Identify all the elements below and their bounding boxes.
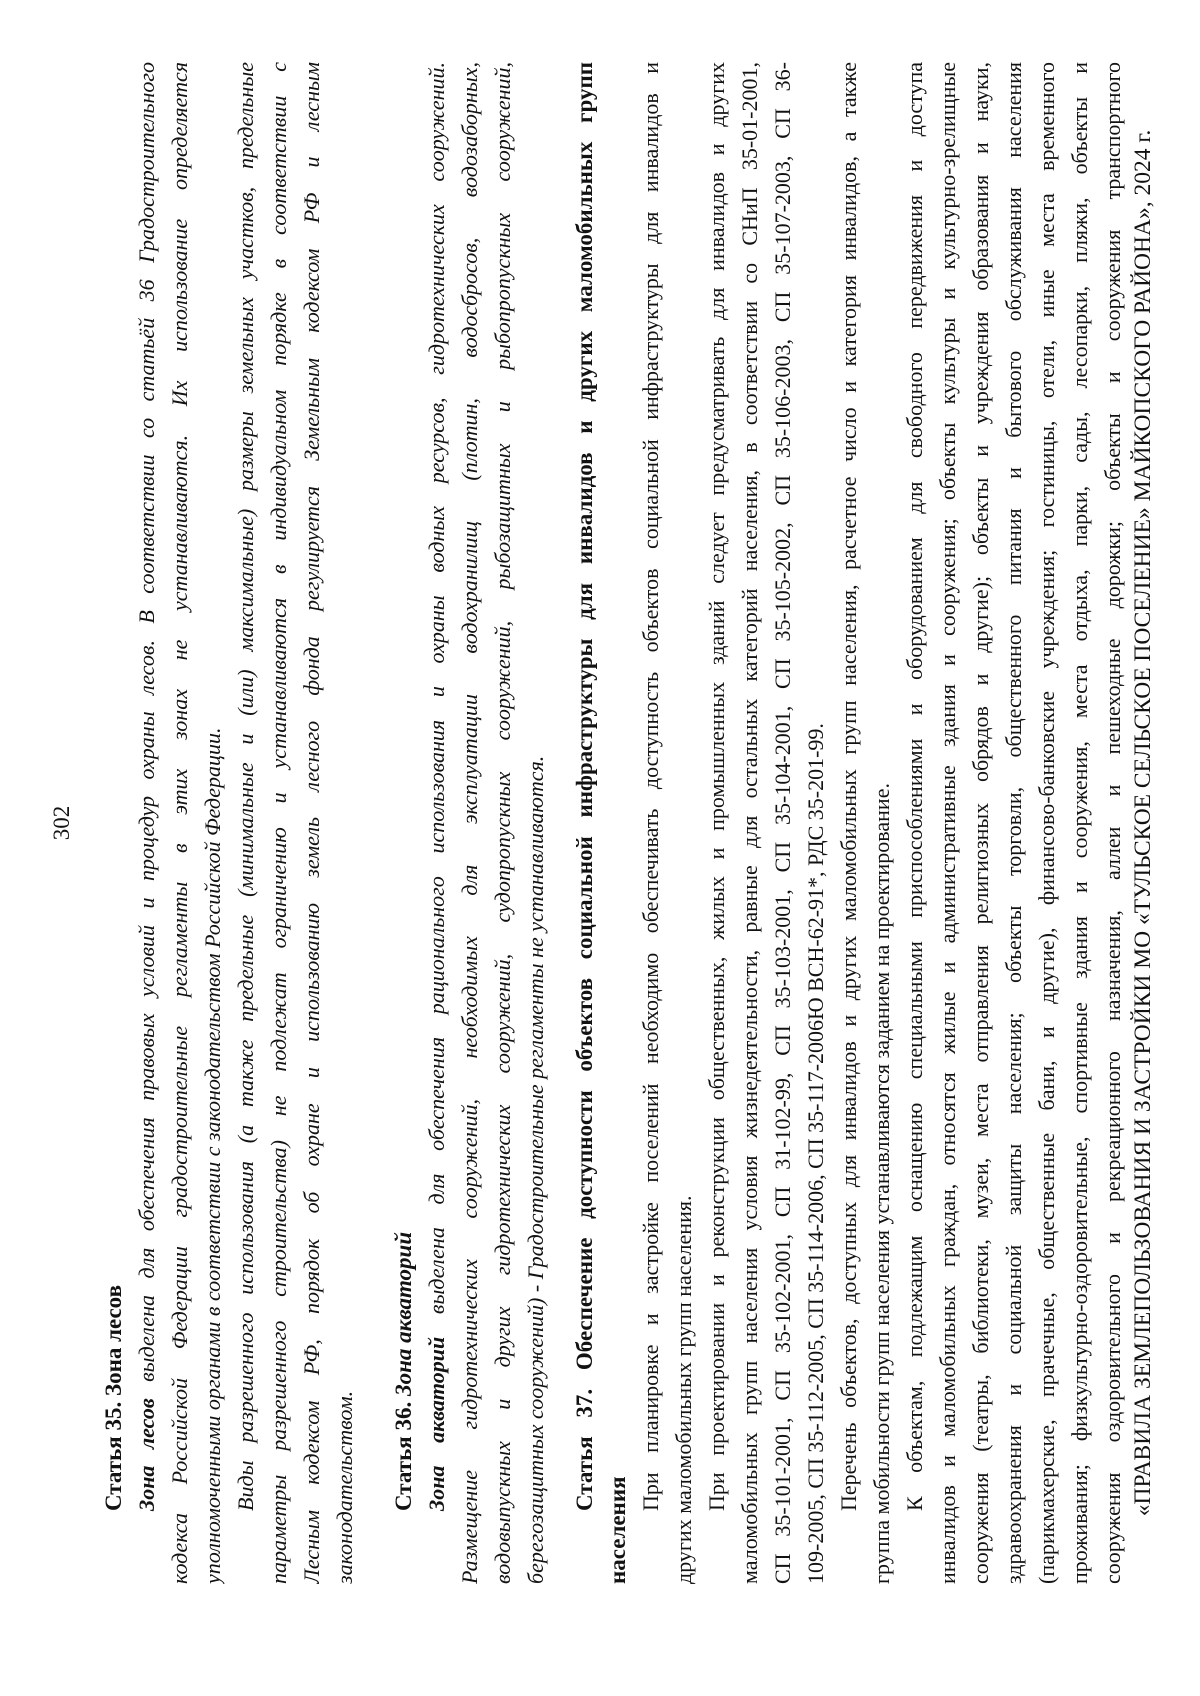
article-36-p1-line-1-text: выделена для обеспечения рационального и… bbox=[424, 62, 449, 1337]
article-37-p2-line-2: маломобильных групп населения условия жи… bbox=[733, 62, 766, 1584]
article-35-p1-line-1: Зона лесов выделена для обеспечения прав… bbox=[130, 62, 163, 1584]
article-35-p1-line-3: уполномоченными органами в соответствии … bbox=[196, 62, 229, 1584]
article-36-heading-title: Зона акваторий bbox=[391, 1232, 416, 1396]
article-37-p4-line-3: сооружения (театры, библиотеки, музеи, м… bbox=[964, 62, 997, 1584]
article-37-p3-line-1: Перечень объектов, доступных для инвалид… bbox=[832, 62, 865, 1584]
article-36-p1-line-2: Размещение гидротехнических сооружений, … bbox=[453, 62, 486, 1584]
article-36-p1-lead: Зона акваторий bbox=[424, 1337, 449, 1511]
article-37-p1-line-2: других маломобильных групп населения. bbox=[667, 62, 700, 1584]
article-35-p2-line-2: параметры разрешенного строительства) не… bbox=[262, 62, 295, 1584]
article-36-p1-line-3: водовыпускных и других гидротехнических … bbox=[486, 62, 519, 1584]
article-36-heading: Статья 36. Зона акваторий bbox=[387, 62, 420, 1584]
article-36-p1-line-1: Зона акваторий выделена для обеспечения … bbox=[420, 62, 453, 1584]
article-37-p3-line-2: группа мобильности групп населения устан… bbox=[865, 62, 898, 1584]
article-35-heading: Статья 35. Зона лесов bbox=[97, 62, 130, 1584]
article-37-p4-line-5: (парикмахерские, прачечные, общественные… bbox=[1030, 62, 1063, 1584]
page-footer: «ПРАВИЛА ЗЕМЛЕПОЛЬЗОВАНИЯ И ЗАСТРОЙКИ МО… bbox=[1128, 36, 1158, 1610]
article-37-p1-line-1: При планировке и застройке поселений нео… bbox=[634, 62, 667, 1584]
article-37-p4-line-2: инвалидов и маломобильных граждан, относ… bbox=[931, 62, 964, 1584]
article-35-p2-line-4: законодательством. bbox=[328, 62, 361, 1584]
article-35-p2-line-3: Лесным кодексом РФ, порядок об охране и … bbox=[295, 62, 328, 1584]
article-37-heading-line-1: Статья 37. Обеспечение доступности объек… bbox=[568, 62, 601, 1584]
article-36-heading-number: Статья 36. bbox=[391, 1396, 416, 1511]
article-37-p2-line-1: При проектировании и реконструкции общес… bbox=[700, 62, 733, 1584]
article-37-p4-line-4: здравоохранения и социальной защиты насе… bbox=[997, 62, 1030, 1584]
document-page: 302 Статья 35. Зона лесов Зона лесов выд… bbox=[0, 0, 1200, 1696]
article-37-p2-line-4: 109-2005, СП 35-112-2005, СП 35-114-2006… bbox=[799, 62, 832, 1584]
article-37-p4-line-1: К объектам, подлежащим оснащению специал… bbox=[898, 62, 931, 1584]
article-35-p1-line-2: кодекса Российской Федерации градостроит… bbox=[163, 62, 196, 1584]
screenshot-root: 302 Статья 35. Зона лесов Зона лесов выд… bbox=[0, 0, 1200, 1696]
page-number: 302 bbox=[48, 62, 76, 1584]
page-content: Статья 35. Зона лесов Зона лесов выделен… bbox=[97, 62, 1129, 1584]
article-37-p4-line-7: сооружения оздоровительного и рекреацион… bbox=[1096, 62, 1129, 1584]
article-35-p1-lead: Зона лесов bbox=[134, 1398, 159, 1511]
article-35-p1-line-1-text: выделена для обеспечения правовых услови… bbox=[134, 62, 159, 1398]
article-36-p1-line-4: берегозащитных сооружений) - Градостроит… bbox=[519, 62, 552, 1584]
article-37-p2-line-3: СП 35-101-2001, СП 35-102-2001, СП 31-10… bbox=[766, 62, 799, 1584]
article-35-p2-line-1: Виды разрешенного использования (а также… bbox=[229, 62, 262, 1584]
article-37-p4-line-6: проживания; физкультурно-оздоровительные… bbox=[1063, 62, 1096, 1584]
article-37-heading-line-2: населения bbox=[601, 62, 634, 1584]
